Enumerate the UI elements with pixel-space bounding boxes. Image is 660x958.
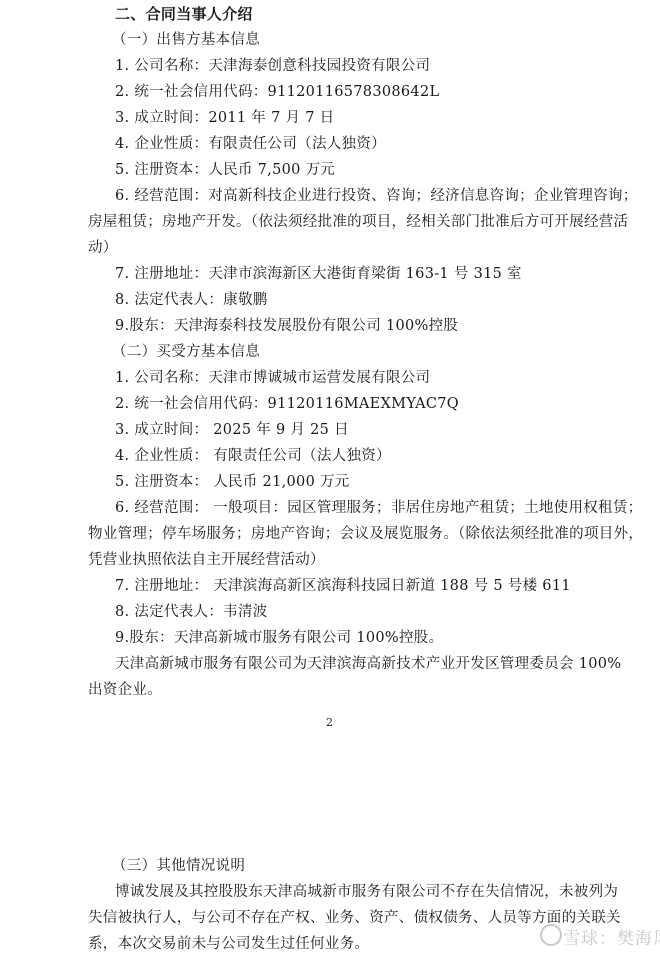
buyer-note-cont: 出资企业。 [88,680,588,700]
buyer-note: 天津高新城市服务有限公司为天津滨海高新技术产业开发区管理委员会 100% [115,654,615,674]
watermark: 雪球：樊海风 [563,924,660,949]
seller-heading: （一）出售方基本信息 [112,30,612,50]
seller-address: 7. 注册地址：天津市滨海新区大港街育梁街 163-1 号 315 室 [115,264,615,284]
buyer-address: 7. 注册地址： 天津滨海高新区滨海科技园日新道 188 号 5 号楼 611 [115,576,615,596]
other-paragraph-line: 系，本次交易前未与公司发生过任何业务。 [88,934,588,954]
other-paragraph-line: 失信被执行人，与公司不存在产权、业务、资产、债权债务、人员等方面的关联关 [88,908,588,928]
seller-founded: 3. 成立时间：2011 年 7 月 7 日 [115,108,615,128]
seller-legal-rep: 8. 法定代表人：康敬鹏 [115,290,615,310]
buyer-scope-cont: 物业管理；停车场服务；房地产咨询；会议及展览服务。（除依法须经批准的项目外， [88,524,588,544]
seller-capital: 5. 注册资本：人民币 7,500 万元 [115,160,615,180]
buyer-credit-code: 2. 统一社会信用代码：91120116MAEXMYAC7Q [115,394,615,414]
buyer-scope-cont: 凭营业执照依法自主开展经营活动） [88,550,588,570]
buyer-legal-rep: 8. 法定代表人：韦清波 [115,602,615,622]
section-title: 二、合同当事人介绍 [115,4,615,24]
watermark-text: 雪球：樊海风 [563,929,660,949]
seller-scope: 6. 经营范围：对高新科技企业进行投资、咨询；经济信息咨询；企业管理咨询； [115,186,615,206]
page-number: 2 [326,716,333,729]
seller-company-name: 1. 公司名称：天津海泰创意科技园投资有限公司 [115,56,615,76]
seller-shareholder: 9.股东：天津海泰科技发展股份有限公司 100%控股 [115,316,615,336]
seller-nature: 4. 企业性质：有限责任公司（法人独资） [115,134,615,154]
xueqiu-logo-icon [540,924,562,946]
buyer-capital: 5. 注册资本： 人民币 21,000 万元 [115,472,615,492]
buyer-nature: 4. 企业性质： 有限责任公司（法人独资） [115,446,615,466]
buyer-heading: （二）买受方基本信息 [112,342,612,362]
other-heading: （三）其他情况说明 [112,856,612,876]
buyer-scope: 6. 经营范围： 一般项目：园区管理服务；非居住房地产租赁；土地使用权租赁； [115,498,615,518]
other-paragraph-line: 博诚发展及其控股股东天津高城新市服务有限公司不存在失信情况，未被列为 [115,882,615,902]
seller-scope-cont: 房屋租赁；房地产开发。（依法须经批准的项目，经相关部门批准后方可开展经营活 [88,212,588,232]
seller-scope-cont: 动） [88,238,588,258]
buyer-founded: 3. 成立时间： 2025 年 9 月 25 日 [115,420,615,440]
buyer-company-name: 1. 公司名称：天津市博诚城市运营发展有限公司 [115,368,615,388]
seller-credit-code: 2. 统一社会信用代码：91120116578308642L [115,82,615,102]
buyer-shareholder: 9.股东：天津高新城市服务有限公司 100%控股。 [115,628,615,648]
